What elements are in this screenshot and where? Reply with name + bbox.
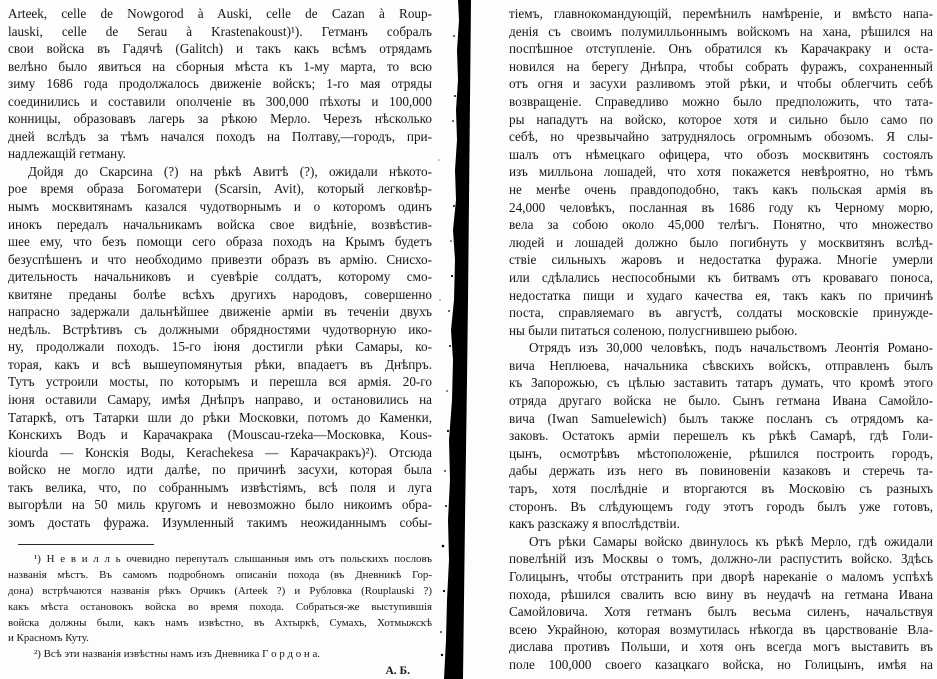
page-binding-shadow xyxy=(435,0,480,679)
text-line: недостатка пищи и худаго качества ея, та… xyxy=(509,287,933,305)
text-line: такъ велика, что, по собраннымъ извѣстія… xyxy=(8,479,432,497)
text-line: къ Запорожью, съ цѣлью заставить татаръ … xyxy=(509,374,933,392)
text-line: напрасно задержали дальнѣйшее движеніе а… xyxy=(8,303,432,321)
text-line: изъ милльона лошадей, что хотя покажется… xyxy=(509,163,933,181)
right-page-column: тіемъ, главнокомандующій, перемѣнилъ нам… xyxy=(509,5,933,674)
text-line: зиму 1686 года продолжалось движеніе вой… xyxy=(8,75,432,93)
left-page-column: Arteek, celle de Nowgorod à Auski, celle… xyxy=(8,5,432,679)
text-line: тіемъ, главнокомандующій, перемѣнилъ нам… xyxy=(509,5,933,23)
text-line: Arteek, celle de Nowgorod à Auski, celle… xyxy=(8,5,432,23)
text-line: или сдѣлались неспособными къ битвамъ от… xyxy=(509,269,933,287)
text-line: выгорѣли на 50 миль кругомъ и невозможно… xyxy=(8,496,432,514)
text-line: ры нападутъ на войско, которое хотя и си… xyxy=(509,111,933,129)
text-line: людей и лошадей должно было погибнуть у … xyxy=(509,234,933,252)
text-line: ¹) Н е в и л л ь очевидно перепуталъ слы… xyxy=(8,552,432,568)
text-line: нымъ москвитянамъ казался чудотворнымъ и… xyxy=(8,198,432,216)
text-line: дислава противъ Польши, и хотя онъ всегд… xyxy=(509,638,933,656)
text-line: повелѣній изъ Москвы о томъ, должно-ли р… xyxy=(509,550,933,568)
scanned-book-page: Arteek, celle de Nowgorod à Auski, celle… xyxy=(0,0,937,679)
text-line: какъ мѣста остановокъ войска во время по… xyxy=(8,600,432,616)
footnote-separator-rule xyxy=(18,544,154,545)
author-initials: А. Б. xyxy=(8,664,432,679)
text-line: Отрядъ изъ 30,000 человѣкъ, подъ начальс… xyxy=(509,339,933,357)
text-line: Татаркѣ, отъ Татарки шли до рѣки Московк… xyxy=(8,409,432,427)
text-line: торая, какъ и всѣ вышеупомянутыя рѣки, в… xyxy=(8,356,432,374)
text-line: дительность начальниковъ и суевѣріе солд… xyxy=(8,268,432,286)
text-line: вича (Iwan Samuelewich) былъ также посла… xyxy=(509,410,933,428)
left-column-text: Arteek, celle de Nowgorod à Auski, celle… xyxy=(8,5,432,531)
text-line: зомъ достать фуража. Изумленный такимъ н… xyxy=(8,514,432,532)
text-line: Конскихъ Водъ и Карачакрака (Mouscau-rze… xyxy=(8,426,432,444)
text-line: шее ему, что безъ помощи сего образа пох… xyxy=(8,233,432,251)
text-line: Голицынъ, чтобы отстранить при дворѣ нар… xyxy=(509,568,933,586)
text-line: цынъ, осмотрѣвъ мѣстоположеніе, рѣшился … xyxy=(509,445,933,463)
text-line: велѣно было явиться на сборныя мѣста къ … xyxy=(8,58,432,76)
text-line: недѣль. Встрѣтивъ съ должными обрядностя… xyxy=(8,321,432,339)
text-line: ²) Всѣ эти названія извѣстны намъ изъ Дн… xyxy=(8,647,432,663)
text-line: свои войска въ Гадячѣ (Galitch) и такъ к… xyxy=(8,40,432,58)
text-line: іюня оставили Самару, имѣя Днѣпръ направ… xyxy=(8,391,432,409)
text-line: отъ огня и засухи разливомъ этой рѣки, и… xyxy=(509,75,933,93)
text-line: lauski, celle de Serau à Krastenakoust)¹… xyxy=(8,23,432,41)
text-line: войско не могло идти далѣе, по причинѣ з… xyxy=(8,461,432,479)
text-line: похода, рѣшился свалить всю вину въ неуд… xyxy=(509,586,933,604)
text-line: Дойдя до Скарсина (?) на рѣкѣ Авитѣ (?),… xyxy=(8,163,432,181)
text-line: дона) встрѣчаются названія рѣкъ Орчикъ (… xyxy=(8,584,432,600)
text-line: какъ разскажу я впослѣдствіи. xyxy=(509,515,933,533)
right-column-text: тіемъ, главнокомандующій, перемѣнилъ нам… xyxy=(509,5,933,674)
text-line: ны были питаться соленою, полусгнившею р… xyxy=(509,322,933,340)
text-line: шалъ отъ нѣмецкаго офицера, что обозъ мо… xyxy=(509,146,933,164)
text-line: дней вслѣдъ за тѣмъ начался походъ на По… xyxy=(8,128,432,146)
text-line: поспѣшное отступленіе. Онъ обратился къ … xyxy=(509,40,933,58)
text-line: не менѣе очень правдоподобно, такъ какъ … xyxy=(509,181,933,199)
text-line: поле 100,000 своего казацкаго войска, но… xyxy=(509,656,933,674)
text-line: таръ, хотя послѣдніе и вторгаются въ Мос… xyxy=(509,480,933,498)
text-line: денія съ своимъ полумилльоннымъ войскомъ… xyxy=(509,23,933,41)
text-line: ствіе сильныхъ жаровъ и недостатка фураж… xyxy=(509,251,933,269)
text-line: инокъ передалъ начальникамъ войска свое … xyxy=(8,216,432,234)
text-line: и Красномъ Куту. xyxy=(8,631,432,647)
text-line: дабы держать изъ него въ повиновеніи каз… xyxy=(509,462,933,480)
text-line: квитяне преданы болѣе всѣхъ другихъ наро… xyxy=(8,286,432,304)
text-line: себѣ, но чрезвычайно затруднялось огромн… xyxy=(509,128,933,146)
text-line: возвращеніе. Справедливо можно было пред… xyxy=(509,93,933,111)
left-column-footnotes: ¹) Н е в и л л ь очевидно перепуталъ слы… xyxy=(8,552,432,663)
text-line: ну, продолжали походъ. 15-го іюня достиг… xyxy=(8,338,432,356)
text-line: названія мѣстъ. Въ самомъ подробномъ опи… xyxy=(8,568,432,584)
text-line: безуспѣшенъ и что необходимо привезти об… xyxy=(8,251,432,269)
text-line: соединились и составили ополченіе въ 300… xyxy=(8,93,432,111)
text-line: вела за собою около 45,000 телѣгъ. Понят… xyxy=(509,216,933,234)
text-line: заковъ. Остатокъ арміи перешелъ къ рѣкѣ … xyxy=(509,427,933,445)
text-line: kiourda — Конскія Воды, Kerachekesa — Ка… xyxy=(8,444,432,462)
text-line: Самойловича. Хотя гетманъ былъ весьма си… xyxy=(509,603,933,621)
text-line: вича Неплюева, начальника сѣвскихъ войск… xyxy=(509,357,933,375)
text-line: отряда другаго войска не было. Сынъ гетм… xyxy=(509,392,933,410)
text-line: конницы, образовавъ лагерь за рѣкою Мерл… xyxy=(8,110,432,128)
text-line: поста, справляемаго въ августѣ, солдаты … xyxy=(509,304,933,322)
text-line: рое время образа Богоматери (Scarsin, Av… xyxy=(8,180,432,198)
text-line: сторонъ. Въ слѣдующемъ году этотъ городъ… xyxy=(509,498,933,516)
text-line: 24,000 человѣкъ, посланная въ 1686 году … xyxy=(509,199,933,217)
text-line: Отъ рѣки Самары войско двинулось къ рѣкѣ… xyxy=(509,533,933,551)
text-line: войска должны были, какъ намъ извѣстно, … xyxy=(8,616,432,632)
text-line: всею Украйною, которая возмутилась нѣког… xyxy=(509,621,933,639)
text-line: новился на берегу Днѣпра, чтобы собрать … xyxy=(509,58,933,76)
text-line: Тутъ устроили мосты, по которымъ и переш… xyxy=(8,373,432,391)
text-line: надлежащій гетману. xyxy=(8,145,432,163)
